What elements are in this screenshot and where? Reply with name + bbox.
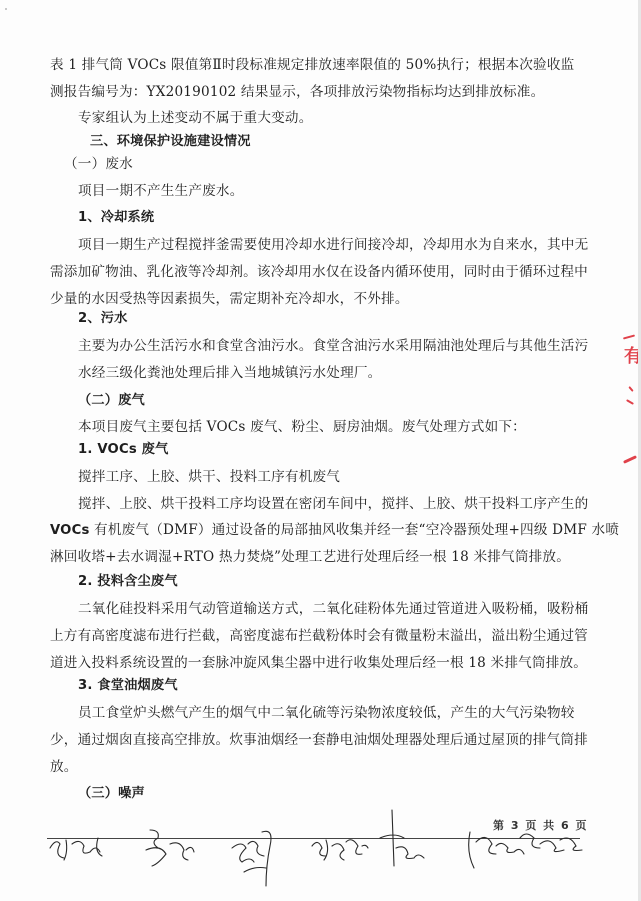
paragraph-text: 有机废气（DMF）通过设备的局部抽风收集并经一套“空冷器预处理+四级 DMF 水… [90,522,620,538]
paragraph-line: 搅拌工序、上胶、烘干、投料工序有机废气 [78,468,340,486]
paragraph-line: 专家组认为上述变动不属于重大变动。 [78,109,313,127]
paragraph-line: 员工食堂炉头燃气产生的烟气中二氧化硫等污染物浓度较低，产生的大气污染物较 [78,704,575,722]
paragraph-line: 主要为办公生活污水和食堂含油污水。食堂含油污水采用隔油池处理后与其他生活污 [78,337,588,355]
paragraph-line: 水经三级化粪池处理后排入当地城镇污水处理厂。 [78,364,381,382]
paragraph-line: 表 1 排气筒 VOCs 限值第Ⅱ时段标准规定排放速率限值的 50%执行；根据本… [50,56,574,74]
paragraph-line: 项目一期生产过程搅拌釜需要使用冷却水进行间接冷却，冷却用水为自来水，其中无 [78,236,588,254]
paragraph-line: 项目一期不产生生产废水。 [78,182,244,200]
item-heading: 3. 食堂油烟废气 [78,677,178,695]
vocs-label: VOCs [50,523,90,538]
item-heading: 1、冷却系统 [78,209,154,227]
paragraph-line: 淋回收塔+去水调湿+RTO 热力焚烧”处理工艺进行处理后经一根 18 米排气筒排… [50,548,570,566]
item-heading: 1. VOCs 废气 [78,441,168,459]
seal-stroke [626,399,634,405]
seal-stroke [623,334,635,339]
item-heading: 2. 投料含尘废气 [78,573,178,591]
paragraph-line: 上方有高密度滤布进行拦截，高密度滤布拦截粉体时会有微量粉末溢出，溢出粉尘通过管 [50,627,588,645]
paragraph-line: 本项目废气主要包括 VOCs 废气、粉尘、厨房油烟。废气处理方式如下： [78,418,526,436]
paragraph-line: 测报告编号为：YX20190102 结果显示，各项排放污染物指标均达到排放标准。 [50,83,544,101]
section-heading: 三、环境保护设施建设情况 [90,133,251,151]
scan-speck [5,8,7,10]
paragraph-line: 少，通过烟囱直接高空排放。炊事油烟经一套静电油烟处理器处理后通过屋顶的排气筒排 [50,731,588,749]
paragraph-line: 需添加矿物油、乳化液等冷却剂。该冷却用水仅在设备内循环使用，同时由于循环过程中 [50,263,588,281]
paragraph-line: VOCs 有机废气（DMF）通过设备的局部抽风收集并经一套“空冷器预处理+四级 … [50,521,619,540]
item-heading: 2、污水 [78,310,128,328]
paragraph-line: 搅拌、上胶、烘干投料工序均设置在密闭车间中，搅拌、上胶、烘干投料工序产生的 [78,495,588,513]
paragraph-line: 少量的水因受热等因素损失，需定期补充冷却水，不外排。 [50,290,409,308]
subsection-heading: （二）废气 [78,392,145,410]
seal-stroke [628,386,633,392]
paragraph-line: 道进入投料系统设置的一套脉冲旋风集尘器中进行收集处理后经一根 18 米排气筒排放… [50,654,587,672]
paragraph-line: 二氧化硅投料采用气动管道输送方式，二氧化硅粉体先通过管道进入吸粉桶，吸粉桶 [78,600,588,618]
seal-stroke [623,455,637,464]
document-page: 表 1 排气筒 VOCs 限值第Ⅱ时段标准规定排放速率限值的 50%执行；根据本… [0,0,638,901]
paragraph-line: 放。 [50,758,78,776]
subsection-heading: （一）废水 [64,155,133,173]
